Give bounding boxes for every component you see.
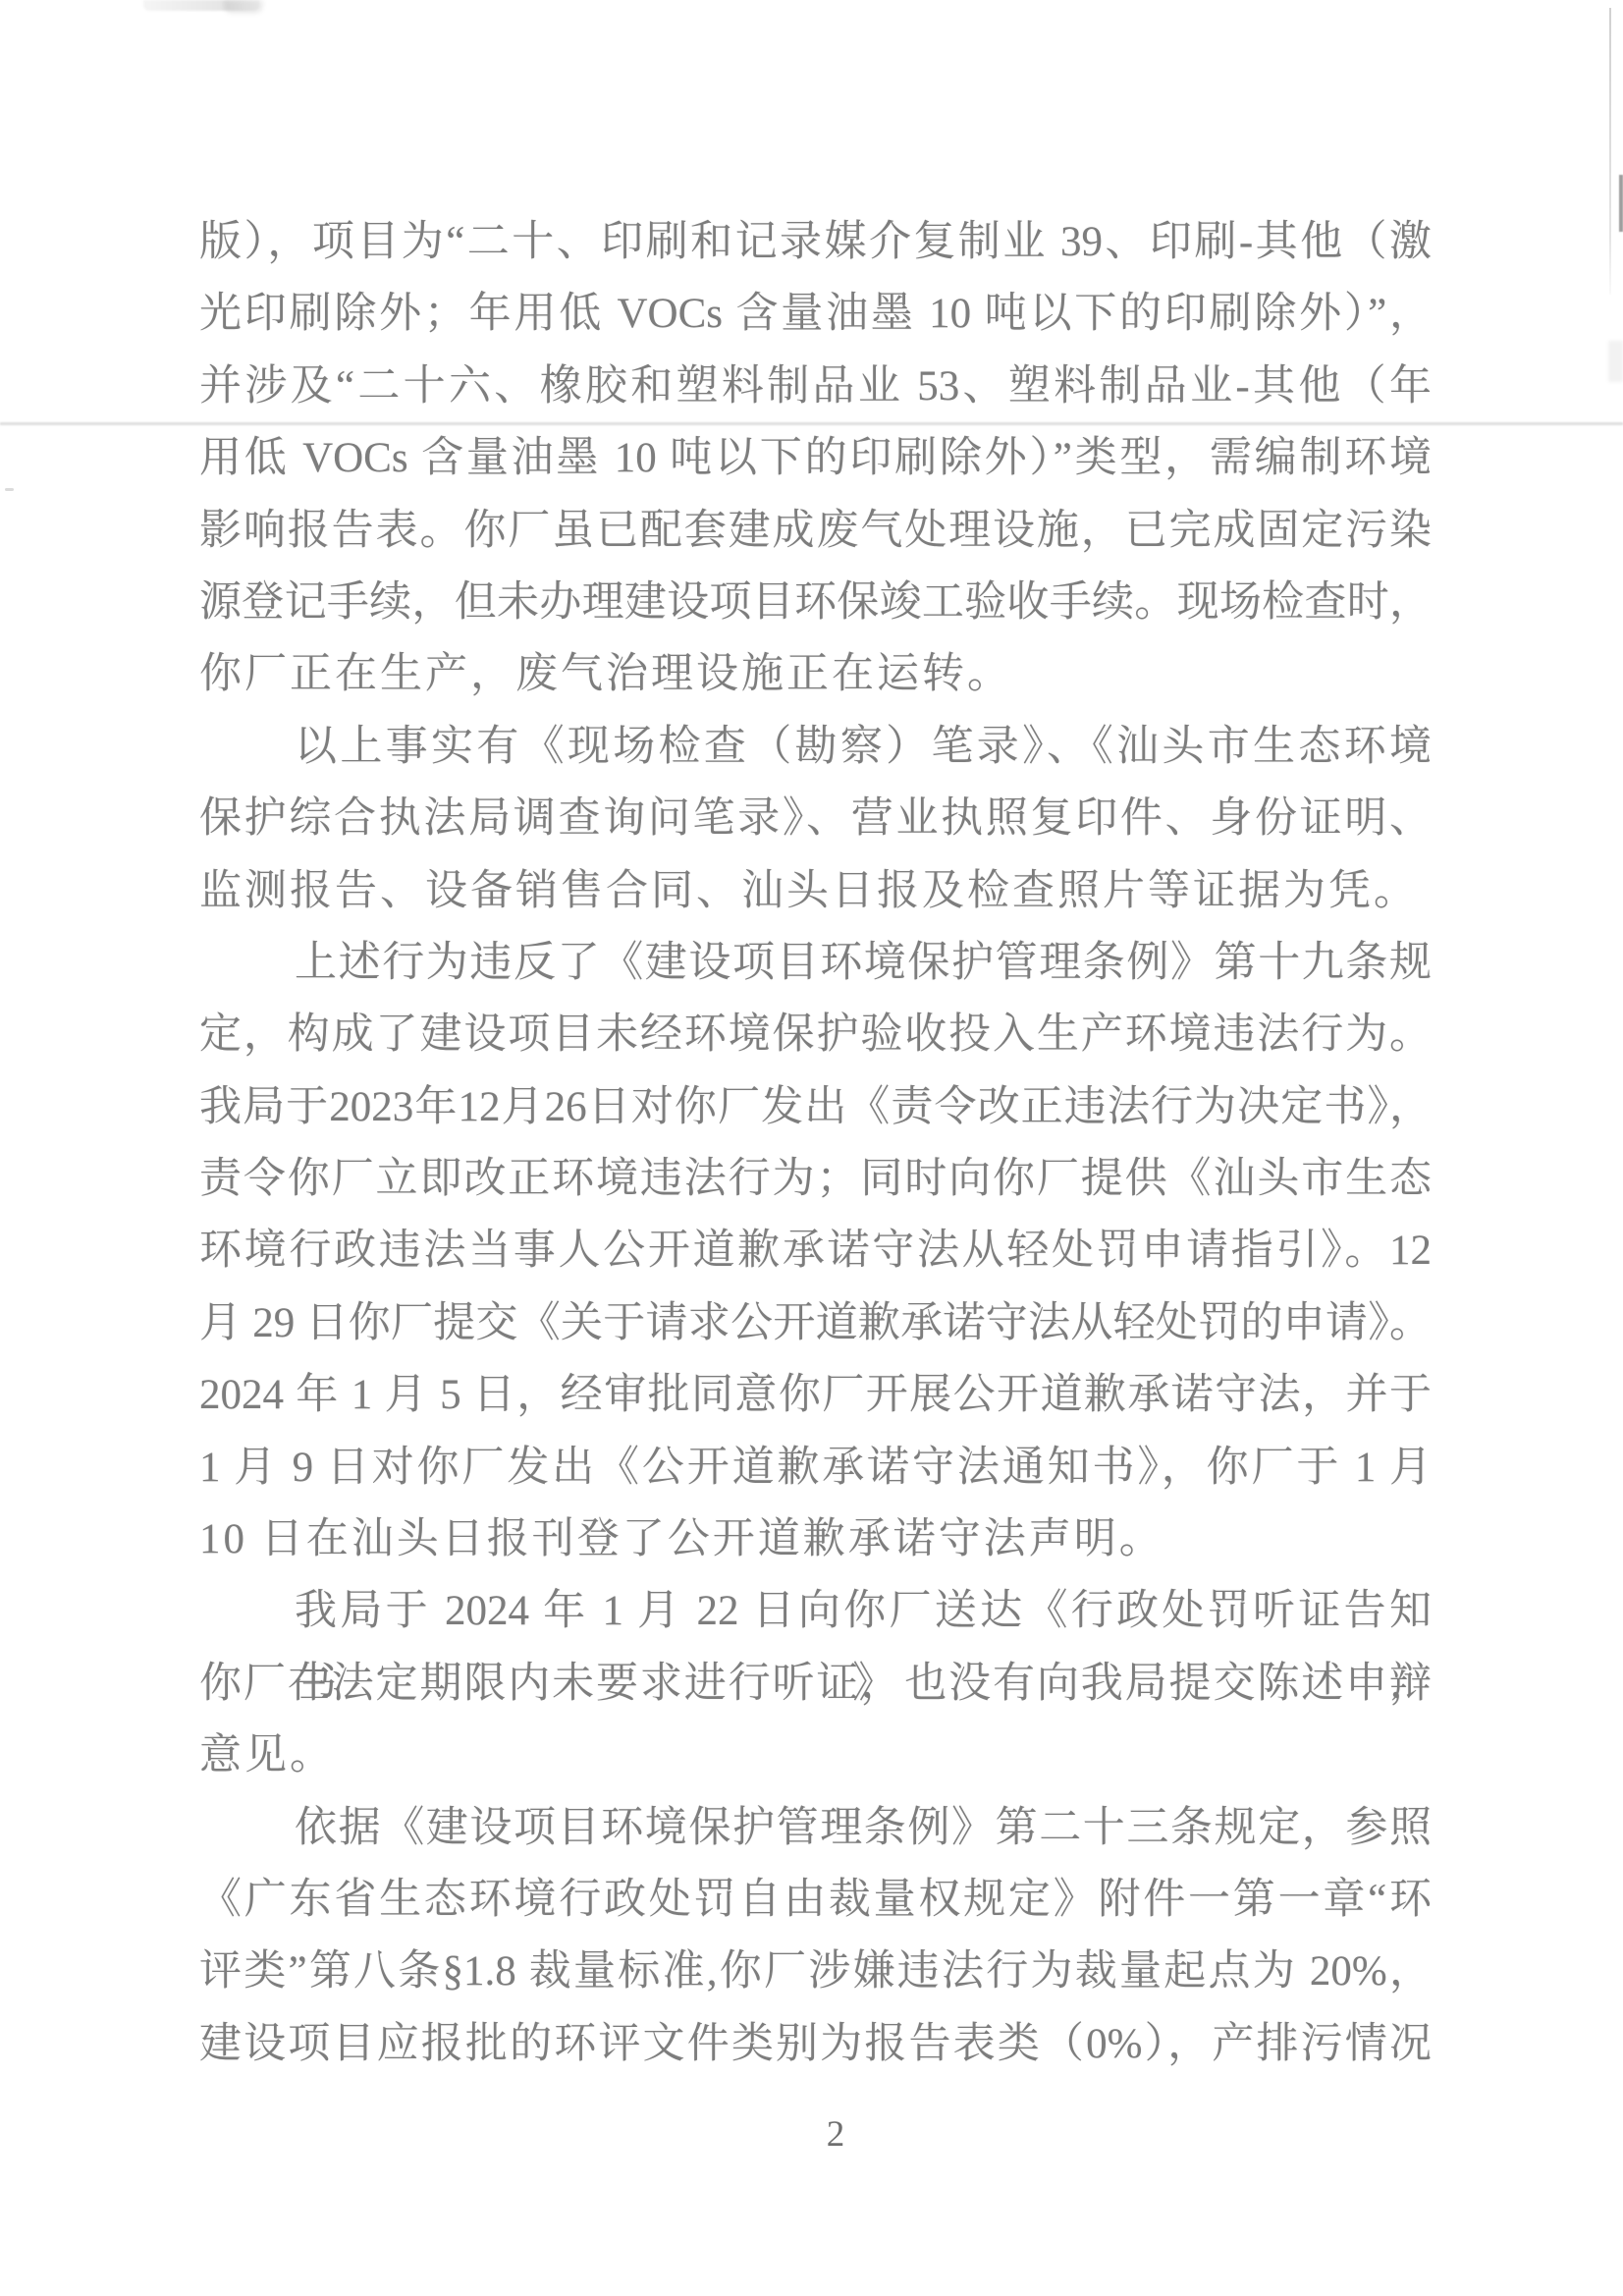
scan-mark-right-edge xyxy=(1619,175,1623,232)
text-line: 评类”第八条§1.8 裁量标准,你厂涉嫌违法行为裁量起点为 20%， xyxy=(199,1936,1432,2007)
scan-line-vertical-right xyxy=(1609,8,1611,295)
scan-smudge-top xyxy=(143,0,259,11)
text-line: 我局于2023年12月26日对你厂发出《责令改正违法行为决定书》， xyxy=(199,1071,1432,1143)
text-line: 定，构成了建设项目未经环境保护验收投入生产环境违法行为。 xyxy=(199,999,1432,1070)
text-line: 你厂正在生产，废气治理设施正在运转。 xyxy=(199,638,1432,710)
text-line: 责令你厂立即改正环境违法行为；同时向你厂提供《汕头市生态 xyxy=(199,1143,1432,1215)
text-line: 用低 VOCs 含量油墨 10 吨以下的印刷除外）”类型，需编制环境 xyxy=(199,422,1432,494)
text-line: 你厂在法定期限内未要求进行听证，也没有向我局提交陈述申辩 xyxy=(199,1648,1432,1720)
text-line: 意见。 xyxy=(199,1720,1432,1791)
scan-patch-right-edge xyxy=(1608,341,1623,382)
text-line: 监测报告、设备销售合同、汕头日报及检查照片等证据为凭。 xyxy=(199,855,1432,927)
page-number: 2 xyxy=(806,2113,865,2156)
text-line: 源登记手续，但未办理建设项目环保竣工验收手续。现场检查时， xyxy=(199,567,1432,638)
text-line: 并涉及“二十六、橡胶和塑料制品业 53、塑料制品业-其他（年 xyxy=(199,351,1432,422)
text-line: 《广东省生态环境行政处罚自由裁量权规定》附件一第一章“环 xyxy=(199,1864,1432,1936)
text-line: 10 日在汕头日报刊登了公开道歉承诺守法声明。 xyxy=(199,1503,1432,1575)
text-line: 保护综合执法局调查询问笔录》、营业执照复印件、身份证明、 xyxy=(199,783,1432,854)
text-line: 我局于 2024 年 1 月 22 日向你厂送达《行政处罚听证告知书》， xyxy=(199,1575,1432,1647)
scan-speck-left xyxy=(5,488,14,491)
text-line: 影响报告表。你厂虽已配套建成废气处理设施，已完成固定污染 xyxy=(199,495,1432,567)
document-body: 版），项目为“二十、印刷和记录媒介复制业 39、印刷-其他（激光印刷除外；年用低… xyxy=(199,206,1432,2080)
text-line: 2024 年 1 月 5 日，经审批同意你厂开展公开道歉承诺守法，并于 xyxy=(199,1359,1432,1431)
text-line: 环境行政违法当事人公开道歉承诺守法从轻处罚申请指引》。12 xyxy=(199,1215,1432,1286)
text-line: 月 29 日你厂提交《关于请求公开道歉承诺守法从轻处罚的申请》。 xyxy=(199,1287,1432,1359)
document-page: 版），项目为“二十、印刷和记录媒介复制业 39、印刷-其他（激光印刷除外；年用低… xyxy=(0,0,1623,2296)
scan-smudge-top-dark xyxy=(224,0,263,14)
text-line: 1 月 9 日对你厂发出《公开道歉承诺守法通知书》，你厂于 1 月 xyxy=(199,1432,1432,1503)
text-line: 光印刷除外；年用低 VOCs 含量油墨 10 吨以下的印刷除外）”， xyxy=(199,278,1432,350)
text-line: 以上事实有《现场检查（勘察）笔录》、《汕头市生态环境 xyxy=(199,711,1432,783)
text-line: 依据《建设项目环境保护管理条例》第二十三条规定，参照 xyxy=(199,1792,1432,1864)
text-line: 上述行为违反了《建设项目环境保护管理条例》第十九条规 xyxy=(199,927,1432,999)
text-line: 版），项目为“二十、印刷和记录媒介复制业 39、印刷-其他（激 xyxy=(199,206,1432,278)
text-line: 建设项目应报批的环评文件类别为报告表类（0%），产排污情况 xyxy=(199,2008,1432,2080)
